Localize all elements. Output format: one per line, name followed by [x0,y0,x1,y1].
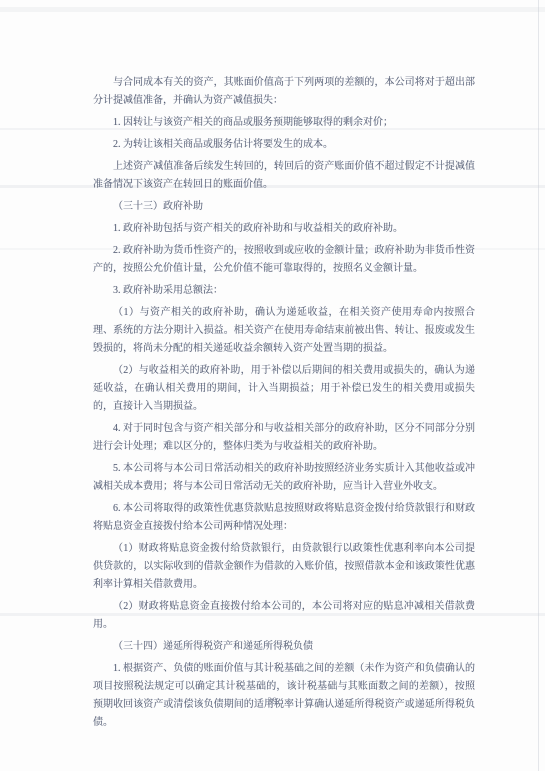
section-heading: （三十四）递延所得税资产和递延所得税负债 [93,638,475,656]
scan-artifact-band [0,7,545,12]
paragraph: 4. 对于同时包含与资产相关部分和与收益相关部分的政府补助，区分不同部分分别进行… [93,420,475,456]
paragraph: 与合同成本有关的资产，其账面价值高于下列两项的差额的，本公司将对于超出部分计提减… [93,74,475,110]
paragraph: （1）财政将贴息资金拨付给贷款银行，由贷款银行以政策性优惠利率向本公司提供贷款的… [93,540,475,594]
paragraph: 1. 因转让与该资产相关的商品或服务预期能够取得的剩余对价； [93,114,475,132]
paragraph: 3. 政府补助采用总额法： [93,282,475,300]
paragraph: 2. 政府补助为货币性资产的，按照收到或应收的金额计量；政府补助为非货币性资产的… [93,242,475,278]
section-heading: （三十三）政府补助 [93,198,475,216]
paragraph: （2）财政将贴息资金直接拨付给本公司的，本公司将对应的贴息冲减相关借款费用。 [93,598,475,634]
paragraph: （2）与收益相关的政府补助，用于补偿以后期间的相关费用或损失的，确认为递延收益，… [93,362,475,416]
page-number: 39 [0,696,545,706]
paragraph: 5. 本公司将与本公司日常活动相关的政府补助按照经济业务实质计入其他收益或冲减相… [93,460,475,496]
paragraph: （1）与资产相关的政府补助，确认为递延收益，在相关资产使用寿命内按照合理、系统的… [93,304,475,358]
paragraph: 2. 为转让该相关商品或服务估计将要发生的成本。 [93,136,475,154]
paragraph: 6. 本公司将取得的政策性优惠贷款贴息按照财政将贴息资金拨付给贷款银行和财政将贴… [93,500,475,536]
scan-page-edge-line [538,0,539,771]
document-body: 与合同成本有关的资产，其账面价值高于下列两项的差额的，本公司将对于超出部分计提减… [93,74,475,736]
paragraph: 上述资产减值准备后续发生转回的，转回后的资产账面价值不超过假定不计提减值准备情况… [93,158,475,194]
paragraph: 1. 政府补助包括与资产相关的政府补助和与收益相关的政府补助。 [93,220,475,238]
